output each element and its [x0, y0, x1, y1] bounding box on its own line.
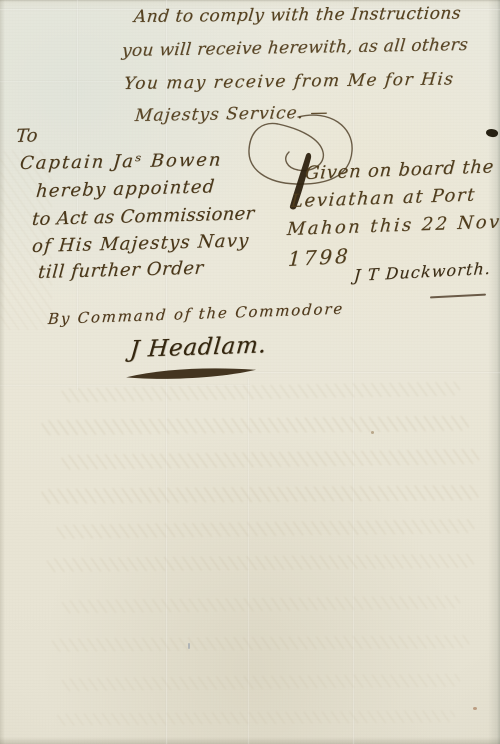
paper-speck [473, 707, 477, 710]
fold-crease [245, 371, 500, 374]
manuscript-page: And to comply with the Instructions you … [0, 0, 500, 744]
addressee-to: To [15, 125, 38, 147]
paper-speck [371, 431, 374, 434]
addressee-line-5: till further Order [37, 258, 204, 283]
paper-speck [188, 643, 190, 649]
dateline-year: 1798 [287, 244, 351, 271]
addressee-line-1: Captain Jaˢ Bowen [19, 149, 223, 174]
headlam-signature: J Headlam. [129, 332, 268, 363]
opening-line-1: And to comply with the Instructions [133, 4, 462, 27]
